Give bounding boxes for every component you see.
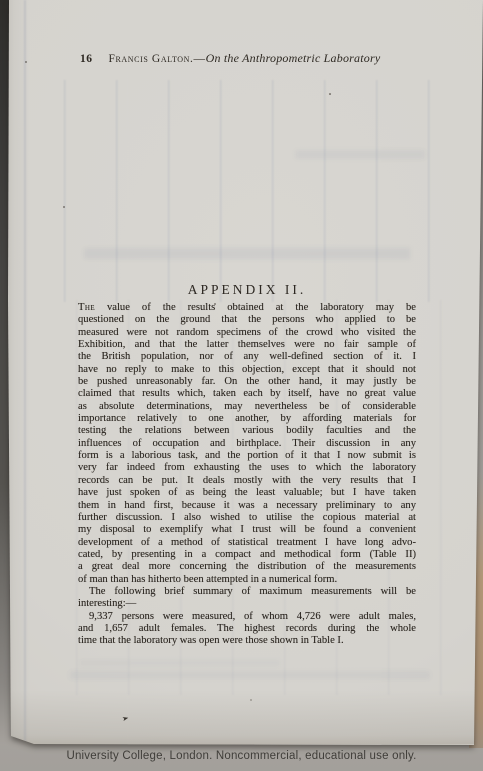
appendix-heading: APPENDIX II. bbox=[78, 282, 416, 298]
printer-mark: ➤ bbox=[121, 714, 129, 723]
paper-page: 16 Francis Galton.—On the Anthropometric… bbox=[0, 0, 483, 771]
text-line: further discussion. I also wished to uti… bbox=[78, 512, 416, 524]
scanned-book-page: 16 Francis Galton.—On the Anthropometric… bbox=[0, 0, 483, 771]
text-line: The following brief summary of maximum m… bbox=[78, 586, 416, 598]
text-line: them in hand first, because it was a nec… bbox=[78, 500, 416, 512]
paragraph: The value of the results obtained at the… bbox=[78, 302, 416, 586]
text-line: of man than has hitherto been attempted … bbox=[78, 574, 416, 586]
running-header: 16 Francis Galton.—On the Anthropometric… bbox=[80, 51, 416, 66]
bleedthrough-text-smudge bbox=[80, 660, 280, 666]
bleedthrough-table-lines-upper bbox=[64, 80, 468, 302]
paper-speck bbox=[250, 699, 252, 701]
article-title: On the Anthropometric Laboratory bbox=[206, 51, 381, 66]
lead-word: The bbox=[78, 302, 95, 313]
page-number: 16 bbox=[80, 53, 93, 65]
binding-crease bbox=[24, 0, 26, 742]
text-line: Exhibition, and that the latter themselv… bbox=[78, 339, 416, 351]
text-line: my disposal to exemplify what I trust wi… bbox=[78, 524, 416, 536]
text-line: have just spoken of as being the least v… bbox=[78, 487, 416, 499]
paper-speck bbox=[25, 61, 27, 63]
text-line: have no reply to make to this objection,… bbox=[78, 364, 416, 376]
text-line: interesting:— bbox=[78, 598, 416, 610]
paragraph: 9,337 persons were measured, of whom 4,7… bbox=[78, 611, 416, 648]
text-line: The value of the results obtained at the… bbox=[78, 302, 416, 314]
text-line: 9,337 persons were measured, of whom 4,7… bbox=[78, 611, 416, 623]
text-line: importance relatively to one another, by… bbox=[78, 413, 416, 425]
text-line: influences of occupation and birthplace.… bbox=[78, 438, 416, 450]
text-line: measured were not random specimens of th… bbox=[78, 327, 416, 339]
text-line: very far indeed from exhausting the uses… bbox=[78, 462, 416, 474]
text-line: testing the relations between various bo… bbox=[78, 425, 416, 437]
text-line: and 1,657 adult females. The highest rec… bbox=[78, 623, 416, 635]
text-line: the British population, nor of any well-… bbox=[78, 351, 416, 363]
paragraph: The following brief summary of maximum m… bbox=[78, 586, 416, 611]
bleedthrough-text-smudge bbox=[84, 248, 410, 259]
text-line: a great deal more concerning the distrib… bbox=[78, 561, 416, 573]
footer-caption: University College, London. Noncommercia… bbox=[0, 750, 483, 762]
paper-speck bbox=[329, 93, 331, 95]
page-shadow-wrap: 16 Francis Galton.—On the Anthropometric… bbox=[0, 0, 483, 771]
bleedthrough-text-smudge bbox=[295, 150, 425, 159]
text-line: development of a method of statistical t… bbox=[78, 537, 416, 549]
text-line: form is a laborious task, and the portio… bbox=[78, 450, 416, 462]
paper-speck bbox=[63, 206, 65, 208]
text-line: records can be put. It deals mostly with… bbox=[78, 475, 416, 487]
text-line: claimed that results which, taken each b… bbox=[78, 388, 416, 400]
body-text: The value of the results obtained at the… bbox=[78, 302, 416, 648]
text-line: as absolute determinations, may neverthe… bbox=[78, 401, 416, 413]
bleedthrough-text-smudge bbox=[70, 671, 430, 679]
text-line: time that the laboratory was open were t… bbox=[78, 635, 416, 647]
text-line: cated, by presenting in a compact and me… bbox=[78, 549, 416, 561]
text-line: be pushed unreasonably far. On the other… bbox=[78, 376, 416, 388]
text-line: questioned on the ground that the person… bbox=[78, 314, 416, 326]
author-name: Francis Galton.— bbox=[109, 53, 206, 65]
